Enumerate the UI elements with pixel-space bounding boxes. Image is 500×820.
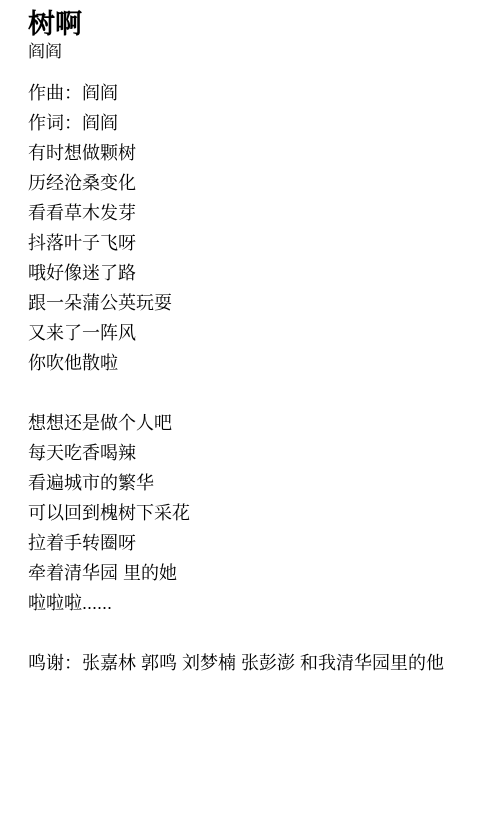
lyrics-page: 树啊 阎阎 作曲：阎阎 作词：阎阎 有时想做颗树 历经沧桑变化 看看草木发芽 抖… bbox=[0, 0, 500, 820]
lyric-line: 跟一朵蒲公英玩耍 bbox=[28, 288, 480, 318]
lyric-line: 又来了一阵风 bbox=[28, 318, 480, 348]
credit-line-lyricist: 作词：阎阎 bbox=[28, 108, 480, 138]
lyric-line: 有时想做颗树 bbox=[28, 138, 480, 168]
lyric-line: 哦好像迷了路 bbox=[28, 258, 480, 288]
lyric-line: 历经沧桑变化 bbox=[28, 168, 480, 198]
blank-line bbox=[28, 378, 480, 408]
song-title: 树啊 bbox=[28, 10, 480, 38]
lyric-line: 抖落叶子飞呀 bbox=[28, 228, 480, 258]
lyric-line: 拉着手转圈呀 bbox=[28, 528, 480, 558]
credit-line-composer: 作曲：阎阎 bbox=[28, 78, 480, 108]
credits-thanks-line: 鸣谢：张嘉林 郭鸣 刘梦楠 张彭澎 和我清华园里的他 bbox=[28, 648, 480, 678]
lyric-line: 啦啦啦...... bbox=[28, 588, 480, 618]
artist-name: 阎阎 bbox=[28, 40, 480, 64]
lyric-line: 你吹他散啦 bbox=[28, 348, 480, 378]
lyric-line: 每天吃香喝辣 bbox=[28, 438, 480, 468]
lyric-line: 看遍城市的繁华 bbox=[28, 468, 480, 498]
lyric-line: 可以回到槐树下采花 bbox=[28, 498, 480, 528]
lyrics-body: 作曲：阎阎 作词：阎阎 有时想做颗树 历经沧桑变化 看看草木发芽 抖落叶子飞呀 … bbox=[28, 78, 480, 678]
lyric-line: 牵着清华园 里的她 bbox=[28, 558, 480, 588]
lyric-line: 看看草木发芽 bbox=[28, 198, 480, 228]
blank-line bbox=[28, 618, 480, 648]
lyric-line: 想想还是做个人吧 bbox=[28, 408, 480, 438]
